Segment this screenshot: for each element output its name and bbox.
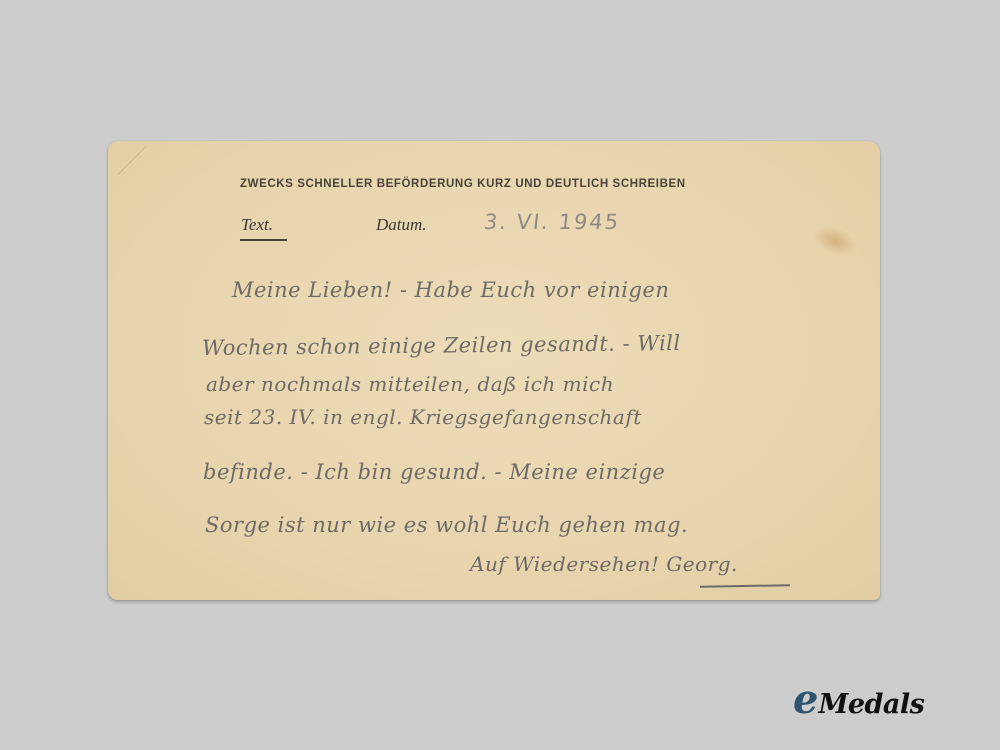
logo-e: e xyxy=(793,676,818,723)
text-label-underline xyxy=(240,239,287,241)
datum-label: Datum. xyxy=(376,215,427,235)
handwritten-signoff: Auf Wiedersehen! Georg. xyxy=(470,552,738,576)
printed-header: ZWECKS SCHNELLER BEFÖRDERUNG KURZ UND DE… xyxy=(240,178,686,190)
handwritten-line-5: befinde. - Ich bin gesund. - Meine einzi… xyxy=(203,460,665,484)
handwritten-line-1: Meine Lieben! - Habe Euch vor einigen xyxy=(232,278,669,302)
text-label: Text. xyxy=(241,215,273,235)
emedals-logo: eMedals xyxy=(793,676,924,723)
handwritten-line-2: Wochen schon einige Zeilen gesandt. - Wi… xyxy=(202,331,681,360)
handwritten-line-6: Sorge ist nur wie es wohl Euch gehen mag… xyxy=(205,513,688,537)
handwritten-date: 3. VI. 1945 xyxy=(483,210,622,234)
handwritten-line-3: aber nochmals mitteilen, daß ich mich xyxy=(206,372,614,396)
handwritten-line-4: seit 23. IV. in engl. Kriegsgefangenscha… xyxy=(204,405,642,429)
logo-medals: Medals xyxy=(818,689,924,720)
